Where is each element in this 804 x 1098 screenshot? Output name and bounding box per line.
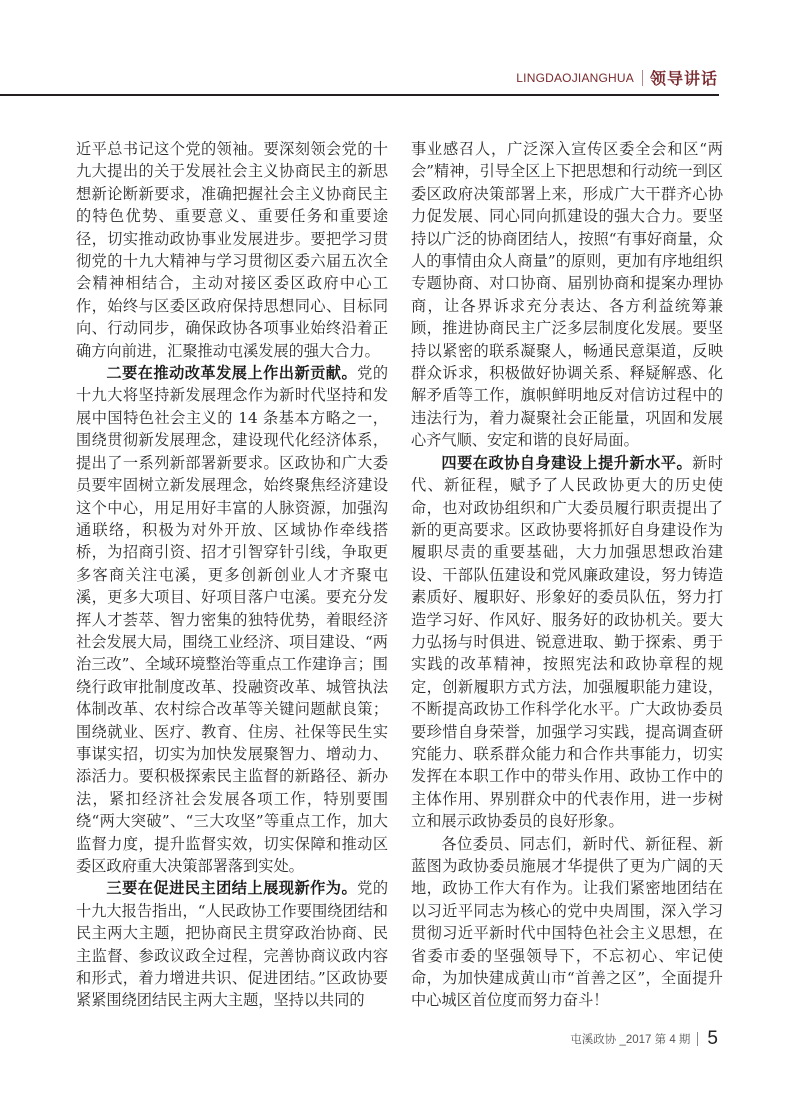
paragraph-lead: 四要在政协自身建设上提升新水平。 xyxy=(441,454,692,472)
page-number: 5 xyxy=(707,1028,718,1050)
right-column: 事业感召人，广泛深入宣传区委全会和区“两会”精神，引导全区上下把思想和行动统一到… xyxy=(411,138,723,1012)
paragraph-self-construction: 四要在政协自身建设上提升新水平。新时代、新征程，赋予了人民政协更大的历史使命，也… xyxy=(411,452,723,833)
footer-divider xyxy=(697,1032,698,1046)
paragraph-body: 新时代、新征程，赋予了人民政协更大的历史使命，也对政协组织和广大委员履行职责提出… xyxy=(411,454,723,831)
running-header: LINGDAOJIANGHUA 领导讲话 xyxy=(516,66,718,89)
paragraph-continued: 近平总书记这个党的领袖。要深刻领会党的十九大提出的关于发展社会主义协商民主的新思… xyxy=(76,138,388,362)
journal-issue: 屯溪政协 _2017 第 4 期 xyxy=(570,1031,690,1047)
section-pinyin: LINGDAOJIANGHUA xyxy=(516,71,634,85)
paragraph-reform-development: 二要在推动改革发展上作出新贡献。党的十九大将坚持新发展理念作为新时代坚持和发展中… xyxy=(76,362,388,877)
paragraph-closing: 各位委员、同志们，新时代、新征程、新蓝图为政协委员施展才华提供了更为广阔的天地，… xyxy=(411,833,723,1012)
left-column: 近平总书记这个党的领袖。要深刻领会党的十九大提出的关于发展社会主义协商民主的新思… xyxy=(76,138,388,1012)
header-divider xyxy=(642,70,643,86)
paragraph-lead: 三要在促进民主团结上展现新作为。 xyxy=(106,879,357,897)
section-title: 领导讲话 xyxy=(650,66,718,89)
page-footer: 屯溪政协 _2017 第 4 期 5 xyxy=(570,1028,718,1050)
paragraph-lead: 二要在推动改革发展上作出新贡献。 xyxy=(106,364,357,382)
header-rule xyxy=(0,94,719,96)
paragraph-continued: 事业感召人，广泛深入宣传区委全会和区“两会”精神，引导全区上下把思想和行动统一到… xyxy=(411,138,723,452)
paragraph-body: 党的十九大报告指出，“人民政协工作要围绕团结和民主两大主题，把协商民主贯穿政治协… xyxy=(76,879,388,1009)
paragraph-body: 党的十九大将坚持新发展理念作为新时代坚持和发展中国特色社会主义的 14 条基本方… xyxy=(76,364,388,875)
paragraph-democratic-unity: 三要在促进民主团结上展现新作为。党的十九大报告指出，“人民政协工作要围绕团结和民… xyxy=(76,877,388,1011)
